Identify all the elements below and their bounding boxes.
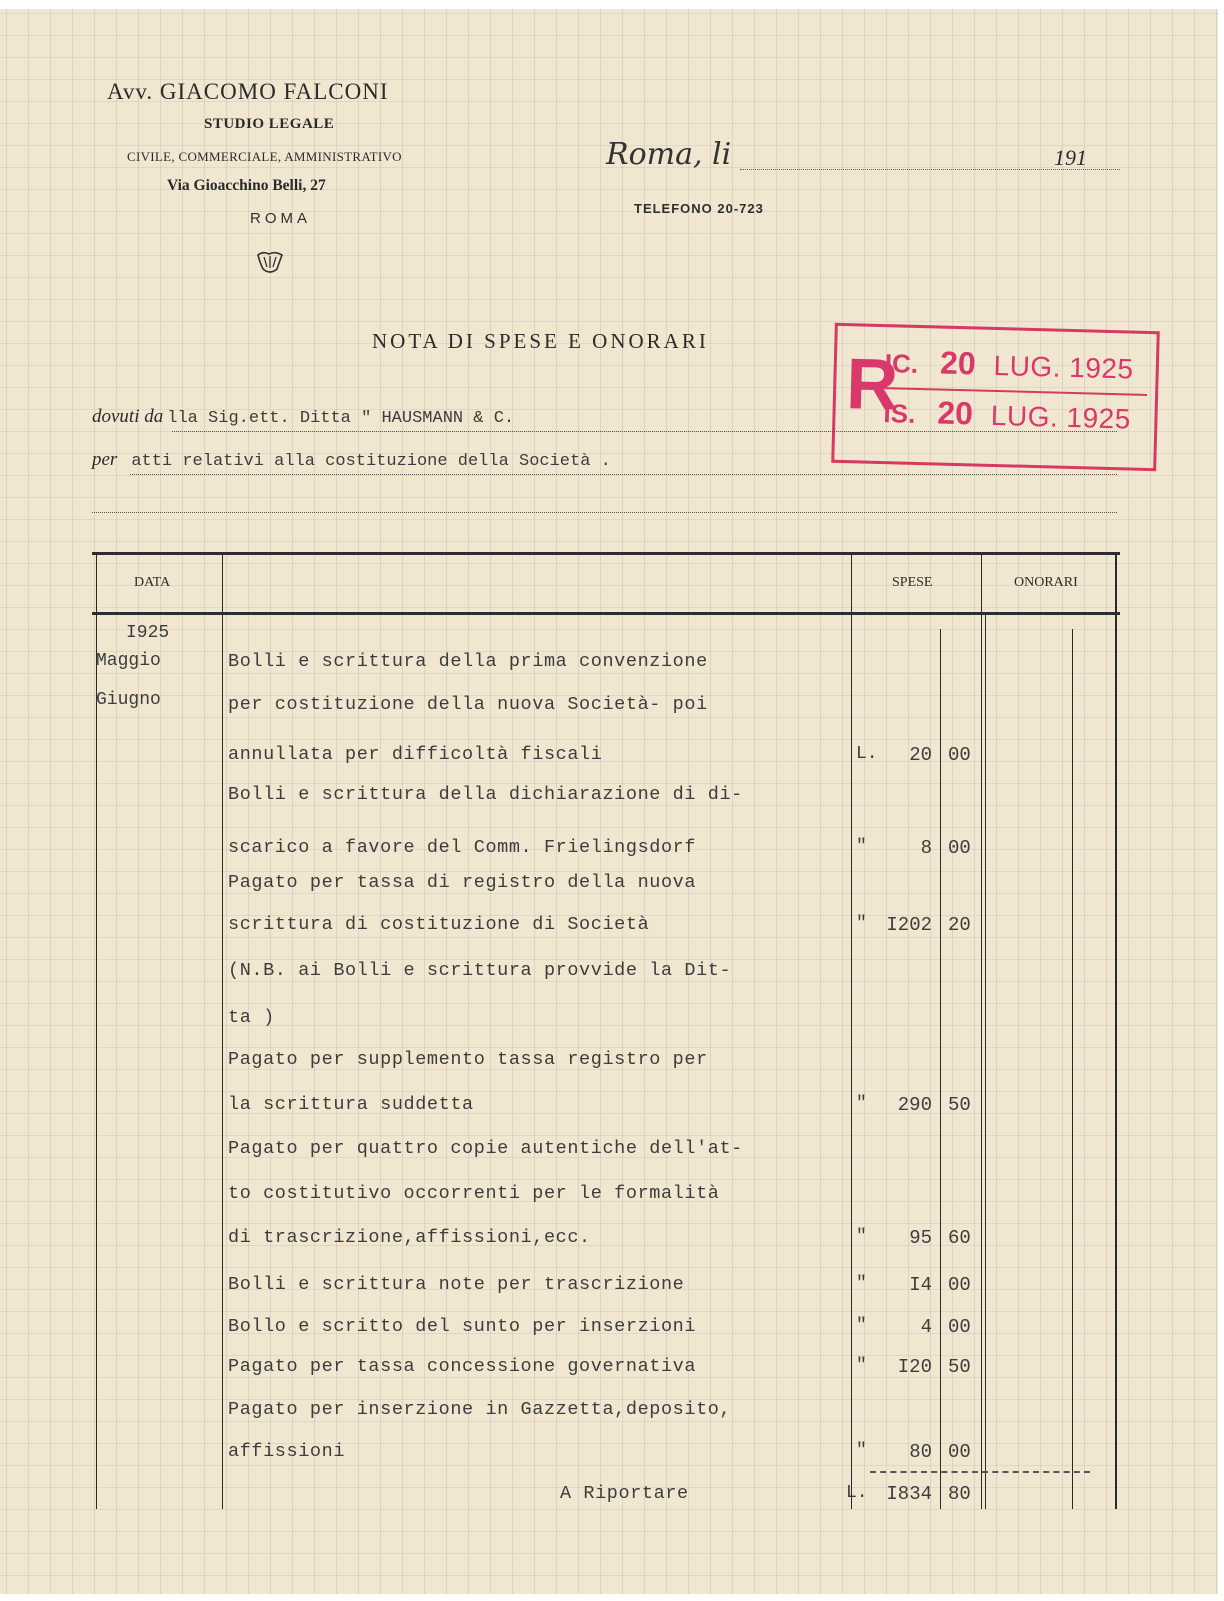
table-row: Bolli e scrittura della prima convenzion… [228, 651, 708, 672]
date-year: I925 [126, 623, 169, 643]
amount-int: 20 [852, 744, 932, 766]
amount-int: 8 [852, 837, 932, 859]
amount-dec: 50 [948, 1356, 971, 1378]
monogram-icon [255, 249, 285, 275]
purpose-line: per atti relativi alla costituzione dell… [92, 449, 611, 471]
spese-right-border [981, 552, 982, 1509]
amount-dec: 00 [948, 837, 971, 859]
date-month-may: Maggio [96, 651, 161, 671]
table-header-border [92, 612, 1120, 615]
header-spese: SPESE [892, 575, 932, 591]
place-label: Roma, li [606, 137, 731, 172]
due-label: dovuti da [92, 406, 163, 427]
amount-dec: 50 [948, 1094, 971, 1116]
recipient-dotted-line [172, 431, 1117, 432]
amount-dec: 00 [948, 1274, 971, 1296]
year-prefix: 191 [1054, 145, 1087, 171]
spese-decimal-divider [940, 629, 941, 1509]
date-month-june: Giugno [96, 690, 161, 710]
recipient-line: dovuti da lla Sig.ett. Ditta " HAUSMANN … [92, 406, 514, 428]
table-row: Pagato per tassa concessione governativa [228, 1356, 696, 1377]
for-label: per [92, 449, 117, 470]
carry-forward-int: I834 [852, 1483, 932, 1505]
table-row: to costitutivo occorrenti per le formali… [228, 1183, 719, 1204]
table-row: Bollo e scritto del sunto per inserzioni [228, 1316, 696, 1337]
table-row: Pagato per supplemento tassa registro pe… [228, 1049, 708, 1070]
date-column-border [222, 552, 223, 1509]
amount-int: 95 [852, 1227, 932, 1249]
onorari-decimal-divider [1072, 629, 1073, 1509]
amount-int: 80 [852, 1441, 932, 1463]
table-row: ta ) [228, 1007, 275, 1028]
lawyer-name: Avv. GIACOMO FALCONI [107, 79, 389, 105]
purpose-text: atti relativi alla costituzione della So… [131, 452, 610, 471]
purpose-dotted-line [130, 474, 1117, 475]
amount-int: 4 [852, 1316, 932, 1338]
table-row: scarico a favore del Comm. Frielingsdorf [228, 837, 696, 858]
table-right-border [1115, 552, 1117, 1509]
subtotal-rule [870, 1471, 1090, 1473]
amount-dec: 20 [948, 914, 971, 936]
table-row: affissioni [228, 1441, 345, 1462]
header-onorari: ONORARI [1014, 575, 1078, 591]
table-row: la scrittura suddetta [228, 1094, 474, 1115]
blank-dotted-line [92, 512, 1117, 513]
amount-dec: 60 [948, 1227, 971, 1249]
table-row: (N.B. ai Bolli e scrittura provvide la D… [228, 960, 731, 981]
table-row: Pagato per tassa di registro della nuova [228, 872, 696, 893]
amount-int: I4 [852, 1274, 932, 1296]
specialties: CIVILE, COMMERCIALE, AMMINISTRATIVO [127, 149, 402, 165]
phone-number: TELEFONO 20-723 [634, 201, 764, 216]
amount-int: 290 [852, 1094, 932, 1116]
table-row: Bolli e scrittura note per trascrizione [228, 1274, 684, 1295]
onorari-left-border [985, 612, 986, 1509]
city: ROMA [250, 210, 311, 227]
document-page: Avv. GIACOMO FALCONI STUDIO LEGALE CIVIL… [0, 9, 1218, 1594]
header-date: DATA [134, 575, 170, 591]
table-row: Pagato per inserzione in Gazzetta,deposi… [228, 1399, 731, 1420]
address: Via Gioacchino Belli, 27 [167, 177, 326, 195]
amount-dec: 00 [948, 744, 971, 766]
table-row: per costituzione della nuova Società- po… [228, 694, 708, 715]
carry-forward-label: A Riportare [560, 1483, 689, 1504]
studio-label: STUDIO LEGALE [204, 116, 334, 133]
stamp-row-received: IC.20LUG. 1925 [884, 343, 1134, 386]
recipient-name: lla Sig.ett. Ditta " HAUSMANN & C. [167, 409, 514, 428]
table-top-border [92, 552, 1120, 555]
amount-int: I20 [852, 1356, 932, 1378]
table-row: scrittura di costituzione di Società [228, 914, 649, 935]
amount-dec: 00 [948, 1316, 971, 1338]
received-stamp: R IC.20LUG. 1925 IS.20LUG. 1925 [831, 323, 1160, 471]
document-title: NOTA DI SPESE E ONORARI [372, 329, 709, 354]
carry-forward-dec: 80 [948, 1483, 971, 1505]
amount-dec: 00 [948, 1441, 971, 1463]
table-row: di trascrizione,affissioni,ecc. [228, 1227, 591, 1248]
table-row: Bolli e scrittura della dichiarazione di… [228, 784, 743, 805]
table-row: annullata per difficoltà fiscali [228, 744, 602, 765]
table-row: Pagato per quattro copie autentiche dell… [228, 1138, 743, 1159]
amount-int: I202 [852, 914, 932, 936]
